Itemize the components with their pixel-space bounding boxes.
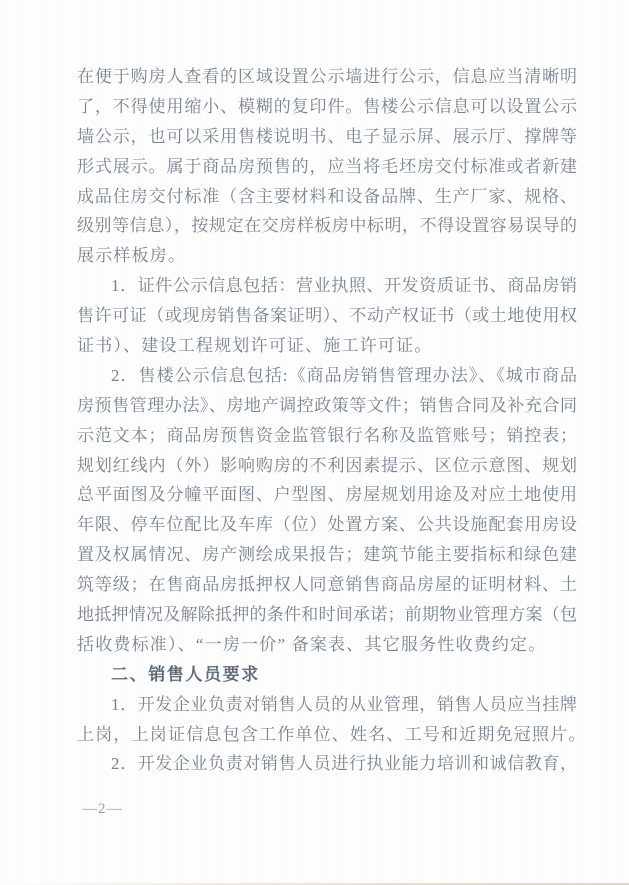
text-line: 置及权属情况、房产测绘成果报告；建筑节能主要指标和绿色建: [77, 540, 577, 570]
text-line: 2．开发企业负责对销售人员进行执业能力培训和诚信教育，: [77, 749, 577, 779]
text-line: 成品住房交付标准（含主要材料和设备品牌、生产厂家、规格、: [77, 182, 577, 212]
text-line: 年限、停车位配比及车库（位）处置方案、公共设施配套用房设: [77, 510, 577, 540]
document-page: 在便于购房人查看的区域设置公示墙进行公示，信息应当清晰明了，不得使用缩小、模糊的…: [0, 0, 629, 885]
text-line: 规划红线内（外）影响购房的不利因素提示、区位示意图、规划: [77, 451, 577, 481]
text-line: 1．开发企业负责对销售人员的从业管理，销售人员应当挂牌: [77, 690, 577, 720]
section-heading: 二、销售人员要求: [77, 660, 577, 690]
text-line: 在便于购房人查看的区域设置公示墙进行公示，信息应当清晰明: [77, 62, 577, 92]
text-line: 了，不得使用缩小、模糊的复印件。售楼公示信息可以设置公示: [77, 92, 577, 122]
text-lines: 在便于购房人查看的区域设置公示墙进行公示，信息应当清晰明了，不得使用缩小、模糊的…: [77, 62, 577, 779]
text-line: 展示样板房。: [77, 241, 577, 271]
text-line: 级别等信息），按规定在交房样板房中标明，不得设置容易误导的: [77, 211, 577, 241]
text-line: 证书）、建设工程规划许可证、施工许可证。: [77, 331, 577, 361]
text-line: 总平面图及分幢平面图、户型图、房屋规划用途及对应土地使用: [77, 480, 577, 510]
text-line: 上岗，上岗证信息包含工作单位、姓名、工号和近期免冠照片。: [77, 720, 577, 750]
text-line: 1．证件公示信息包括：营业执照、开发资质证书、商品房销: [77, 271, 577, 301]
text-line: 形式展示。属于商品房预售的，应当将毛坯房交付标准或者新建: [77, 152, 577, 182]
text-line: 示范文本；商品房预售资金监管银行名称及监管账号；销控表；: [77, 421, 577, 451]
text-line: 筑等级；在售商品房抵押权人同意销售商品房屋的证明材料、土: [77, 570, 577, 600]
text-line: 售许可证（或现房销售备案证明）、不动产权证书（或土地使用权: [77, 301, 577, 331]
text-line: 墙公示，也可以采用售楼说明书、电子显示屏、展示厅、撑牌等: [77, 122, 577, 152]
page-number: —2—: [82, 798, 123, 820]
text-line: 地抵押情况及解除抵押的条件和时间承诺；前期物业管理方案（包: [77, 600, 577, 630]
text-line: 2．售楼公示信息包括:《商品房销售管理办法》、《城市商品: [77, 361, 577, 391]
text-line: 房预售管理办法》、房地产调控政策等文件；销售合同及补充合同: [77, 391, 577, 421]
text-line: 括收费标准）、“一房一价” 备案表、其它服务性收费约定。: [77, 630, 577, 660]
